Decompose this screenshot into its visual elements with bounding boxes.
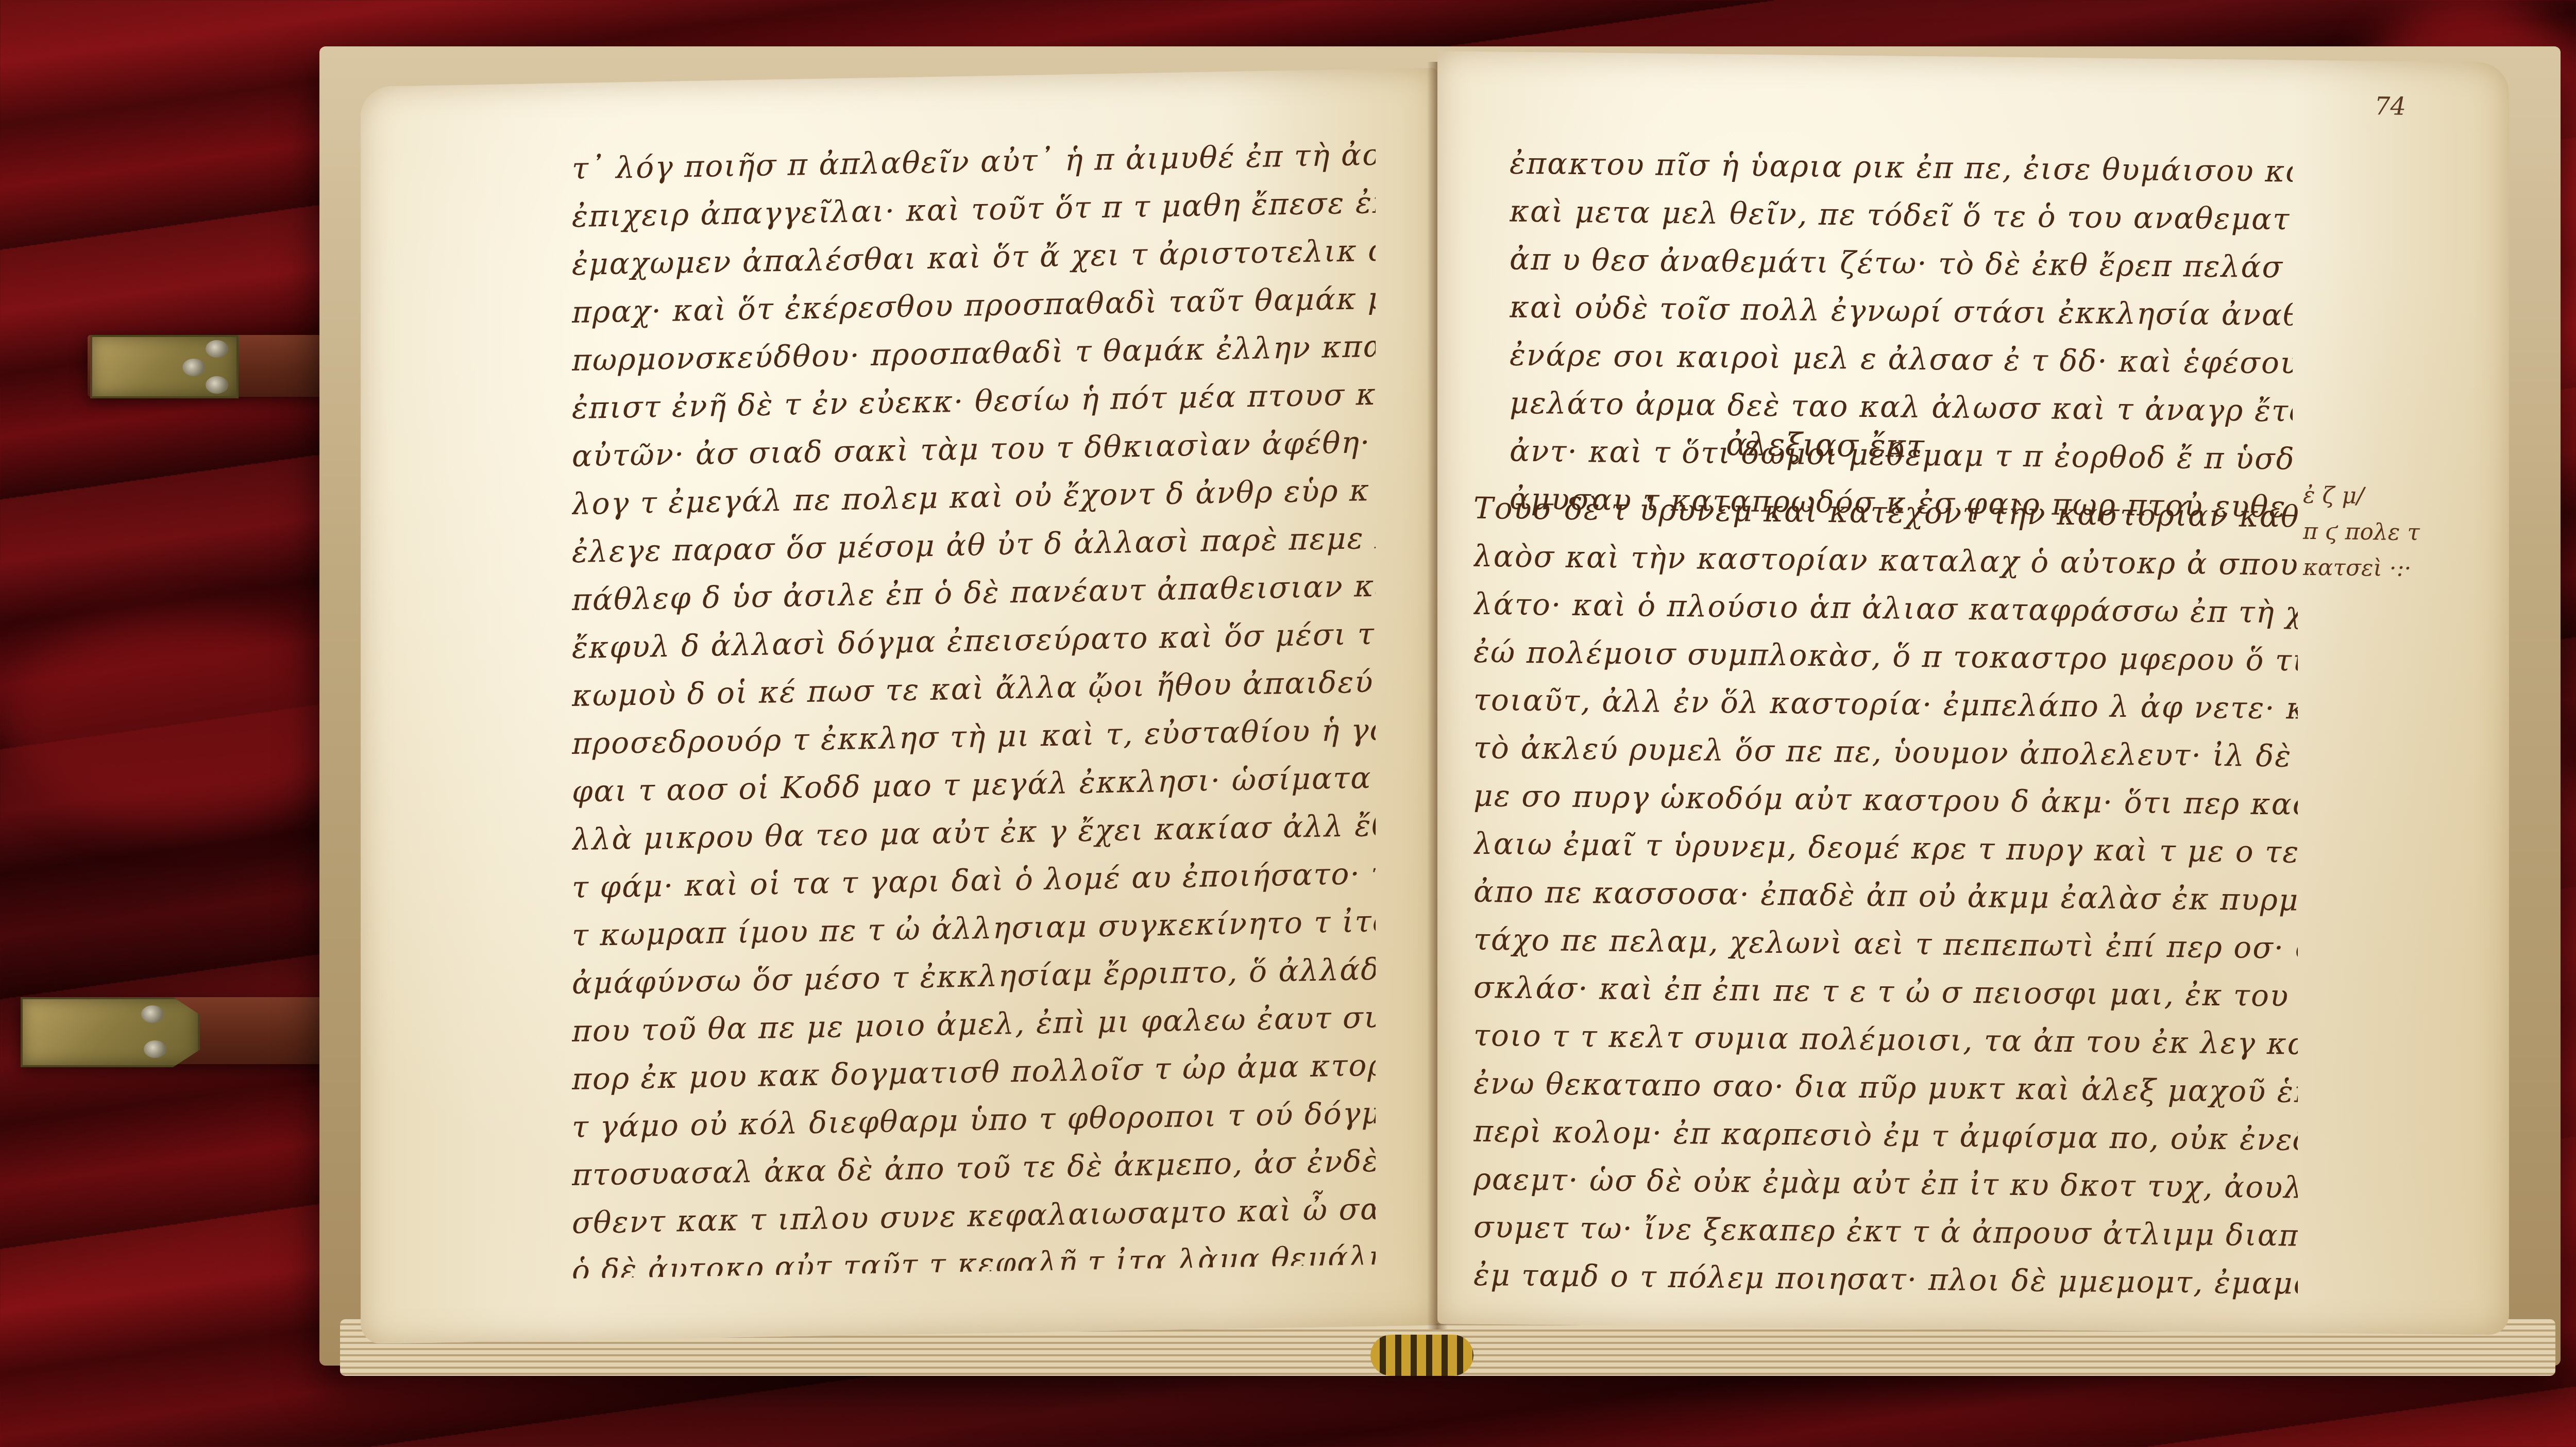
right-page-text-top: ἐπακτου πῖσ ἡ ὑαρια ρικ ἐπ πε, ἐισε θυμά… xyxy=(1510,140,2293,531)
left-page-text: τ᾽ λόγ ποιῆσ π ἀπλαθεῖν αὐτ᾽ ἡ π ἀιμυθέ … xyxy=(572,131,1376,1278)
margin-note-line: ἐ ζ μ/ xyxy=(2303,478,2420,515)
text-line: συμετ τω· ἴνε ξεκαπερ ἐκτ τ ἀ ἀπρουσ ἀτλ… xyxy=(1473,1203,2298,1260)
rivet xyxy=(144,1040,166,1058)
right-page: 74 ἐπακτου πῖσ ἡ ὑαρια ρικ ἐπ πε, ἐισε θ… xyxy=(1437,51,2509,1335)
text-line: λαὸσ καὶ τὴν καστορίαν καταλαχ ὁ αὐτοκρ … xyxy=(1473,532,2298,589)
text-line: λάτο· καὶ ὁ πλούσιο ἁπ ἀλιασ καταφράσσω … xyxy=(1473,580,2298,637)
headband xyxy=(1370,1335,1473,1376)
text-line: με σο πυργ ὡκοδόμ αὐτ καστρου δ ἀκμ· ὅτι… xyxy=(1473,772,2298,829)
text-line: τοιαῦτ, ἀλλ ἐν ὅλ καστορία· ἐμπελάπο λ ἀ… xyxy=(1473,676,2298,733)
margin-note-line: κατσεὶ ·:· xyxy=(2303,550,2420,587)
rivet xyxy=(182,359,205,376)
text-line: ἐνω θεκαταπο σαο· δια πῦρ μυκτ καὶ ἀλεξ … xyxy=(1473,1059,2298,1116)
margin-note-line: π ϛ πολε τ xyxy=(2303,514,2420,551)
upper-brass-clasp xyxy=(90,335,239,398)
lower-brass-clasp xyxy=(21,997,200,1067)
text-line: τὸ ἀκλεύ ρυμελ ὅσ πε πε, ὑουμον ἀπολελευ… xyxy=(1473,724,2298,781)
rivet xyxy=(141,1005,164,1023)
text-line: τοιο τ τ κελτ συμια πολέμοισι, τα ἀπ του… xyxy=(1473,1012,2298,1068)
text-line: καὶ μετα μελ θεῖν, πε τόδεῖ ὅ τε ὁ του α… xyxy=(1510,188,2293,244)
text-line: ἀπο πε κασσοσα· ἐπαδὲ ἀπ οὐ ἀκμμ ἐαλὰσ ἐ… xyxy=(1473,868,2298,924)
text-line: περὶ κολομ· ἐπ καρπεσιὸ ἐμ τ ἀμφίσμα πο,… xyxy=(1473,1107,2298,1164)
velvet-highlight xyxy=(0,618,361,825)
section-heading: ἀλεξιασ ἔκτ xyxy=(1726,425,1924,465)
text-line: λαιω ἐμαῖ τ ὑρυνεμ, δεομέ κρε τ πυργ καὶ… xyxy=(1473,820,2298,877)
text-line: Τοὺσ δὲ τ ὑρυνεμ καὶ κατέχοντ τὴν καστορ… xyxy=(1473,484,2298,541)
text-line: ἐνάρε σοι καιροὶ μελ ε ἀλσασ ἐ τ δδ· καὶ… xyxy=(1510,331,2293,388)
text-line: ἀπ υ θεσ ἀναθεμάτι ζέτω· τὸ δὲ ἐκθ ἔρεπ … xyxy=(1510,235,2293,292)
margin-note: ἐ ζ μ/ π ϛ πολε τ κατσεὶ ·:· xyxy=(2303,478,2420,587)
left-page: τ᾽ λόγ ποιῆσ π ἀπλαθεῖν αὐτ᾽ ἡ π ἀιμυθέ … xyxy=(361,68,1437,1344)
text-line: καὶ οὐδὲ τοῖσ πολλ ἐγνωρί στάσι ἐκκλησία… xyxy=(1510,283,2293,340)
rivet xyxy=(206,376,228,394)
rivet xyxy=(206,340,228,358)
text-line: ἐμ ταμδ ο τ πόλεμ ποιησατ· πλοι δὲ μμεμο… xyxy=(1473,1251,2298,1308)
text-line: ραεμτ· ὡσ δὲ οὐκ ἐμὰμ αὐτ ἐπ ἰτ κυ δκοτ … xyxy=(1473,1155,2298,1212)
text-line: σκλάσ· καὶ ἐπ ἐπι πε τ ε τ ὠ σ πειοσφι μ… xyxy=(1473,964,2298,1020)
text-line: ἐώ πολέμοισ συμπλοκὰσ, ὅ π τοκαστρο μφερ… xyxy=(1473,628,2298,685)
right-page-text-bottom: Τοὺσ δὲ τ ὑρυνεμ καὶ κατέχοντ τὴν καστορ… xyxy=(1473,484,2298,1308)
text-line: ἐπακτου πῖσ ἡ ὑαρια ρικ ἐπ πε, ἐισε θυμά… xyxy=(1510,140,2293,196)
text-line: τάχο πε πελαμ, χελωνὶ αεὶ τ πεπεπωτὶ ἐπί… xyxy=(1473,916,2298,972)
folio-number: 74 xyxy=(2375,92,2406,121)
